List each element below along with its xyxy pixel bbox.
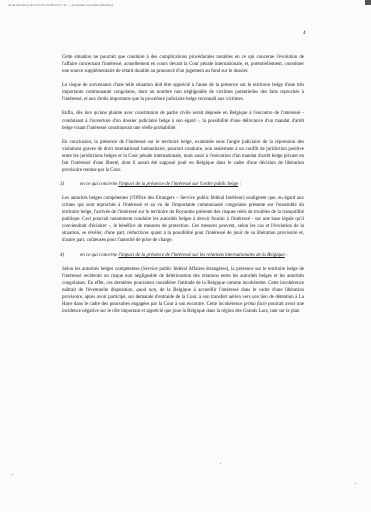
running-header: Arrêt Décision ICC-01/05-01/08-2151-Tr —…: [8, 3, 113, 7]
scan-speck: [220, 463, 221, 464]
paragraph-risk-congolese-community: Le risque de survenance d'une telle situ…: [62, 82, 304, 103]
document-body: Cette situation ne pourrait que conduire…: [62, 54, 304, 322]
italic-run: quod non: [136, 288, 156, 293]
paragraph-procedural-complications: Cette situation ne pourrait que conduire…: [62, 54, 304, 75]
scan-speck: [12, 474, 13, 475]
page-number: 4: [303, 30, 306, 36]
section-number: 3): [70, 181, 80, 188]
section-suffix: :: [285, 253, 288, 258]
section-prefix: en ce qui concerne: [80, 182, 118, 187]
paragraph-conclusion-judicial: En conclusion, la présence de l'intéress…: [62, 139, 304, 174]
section-underlined-title: l'impact de la présence de l'intéressé s…: [118, 182, 238, 187]
scan-speck: [355, 483, 356, 484]
italic-run: prima facie: [244, 302, 267, 307]
scan-corner-mark: [365, 0, 371, 5]
section-number: 4): [70, 252, 80, 259]
paragraph-international-relations: Selon les autorités belges compétentes (…: [62, 266, 304, 315]
section-suffix: :: [238, 182, 241, 187]
paragraph-civil-party-complaint: Enfin, dès lors qu'une plainte avec cons…: [62, 110, 304, 131]
section-heading-international-relations: 4)en ce qui concerne l'impact de la prés…: [62, 252, 304, 259]
section-prefix: en ce qui concerne: [80, 253, 118, 258]
paragraph-public-order: Les autorités belges compétentes (l'Offi…: [62, 195, 304, 244]
section-heading-public-order: 3)en ce qui concerne l'impact de la prés…: [62, 181, 304, 188]
section-underlined-title: l'impact de la présence de l'intéressé s…: [118, 253, 284, 258]
